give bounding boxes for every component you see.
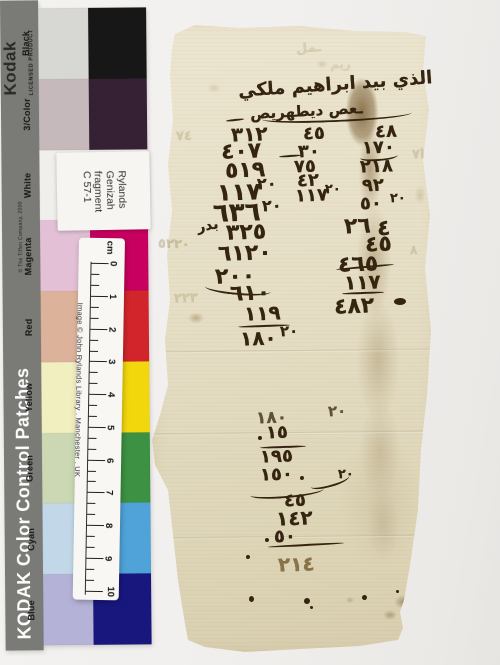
ruler-tick — [87, 503, 95, 505]
fold-crease — [148, 348, 440, 353]
color-patch-row: Magenta — [2, 220, 149, 292]
ruler-ticks: 012345678910 — [79, 238, 125, 239]
patch-label: Blue — [5, 575, 44, 646]
ruler-tick — [87, 547, 95, 549]
ruler-tick: 1 — [91, 296, 108, 298]
manuscript-fragment — [148, 18, 440, 658]
ruler-tick: 5 — [89, 427, 106, 429]
ruler-tick — [87, 514, 95, 516]
ruler-tick: 8 — [87, 525, 104, 527]
patch-label: 3/Color — [1, 79, 40, 150]
ruler-tick: 4 — [89, 394, 106, 396]
specimen-label-text: Rylands Genizah fragment C 57-1 — [80, 170, 128, 212]
ruler-tick — [90, 340, 98, 342]
patch-label: White — [1, 150, 40, 221]
patch-label: Red — [3, 291, 42, 362]
ruler-card: cm 012345678910 Image © John Rylands Lib… — [73, 238, 125, 601]
specimen-line-type: Genizah — [103, 170, 115, 212]
ruler-tick — [88, 438, 96, 440]
archival-photo-stage: Kodak LICENSED PRODUCT KODAK Color Contr… — [0, 0, 500, 665]
ruler-tick — [90, 372, 98, 374]
specimen-line-shelfmark: C 57-1 — [80, 170, 92, 212]
ruler-tick: 9 — [86, 558, 103, 560]
ruler-tick — [91, 285, 99, 287]
ruler-unit-label: cm — [104, 241, 115, 255]
image-copyright-text: Image © John Rylands Library . Mancheste… — [73, 303, 85, 478]
ruler-tick — [89, 405, 97, 407]
ruler-tick — [88, 471, 96, 473]
color-patch-row: Black — [0, 7, 147, 79]
patch-label: Yellow — [3, 362, 42, 433]
patch-swatch-solid — [89, 78, 148, 149]
ruler-tick: 7 — [88, 492, 105, 494]
patch-swatch-solid — [88, 7, 147, 78]
ruler-tick — [90, 351, 98, 353]
ruler-tick — [91, 318, 99, 320]
color-patch-row: 3/Color — [1, 78, 148, 150]
specimen-line-object: fragment — [91, 170, 103, 212]
fold-crease — [148, 534, 440, 539]
patch-swatch-pastel — [38, 8, 89, 79]
ruler-tick: 2 — [90, 329, 107, 331]
patch-label: Green — [4, 433, 43, 504]
specimen-line-collection: Rylands — [115, 170, 127, 212]
ruler-tick — [89, 416, 97, 418]
patch-label: Black — [0, 8, 39, 79]
ruler-tick: 10 — [86, 591, 103, 593]
ruler-tick — [86, 569, 94, 571]
patch-swatch-pastel — [39, 79, 90, 150]
fold-crease — [148, 430, 440, 435]
ruler-tick — [87, 536, 95, 538]
ruler-tick: 3 — [90, 361, 107, 363]
ruler-tick — [88, 449, 96, 451]
ruler-tick — [91, 274, 99, 276]
specimen-label-card: Rylands Genizah fragment C 57-1 — [56, 151, 150, 231]
ruler-tick: 6 — [88, 460, 105, 462]
patch-label: Cyan — [4, 504, 43, 575]
ruler-tick: 0 — [92, 263, 109, 265]
patch-label: Magenta — [2, 221, 41, 292]
ruler-tick — [91, 307, 99, 309]
ruler-tick — [88, 481, 96, 483]
ruler-tick — [89, 383, 97, 385]
ruler-tick — [86, 580, 94, 582]
